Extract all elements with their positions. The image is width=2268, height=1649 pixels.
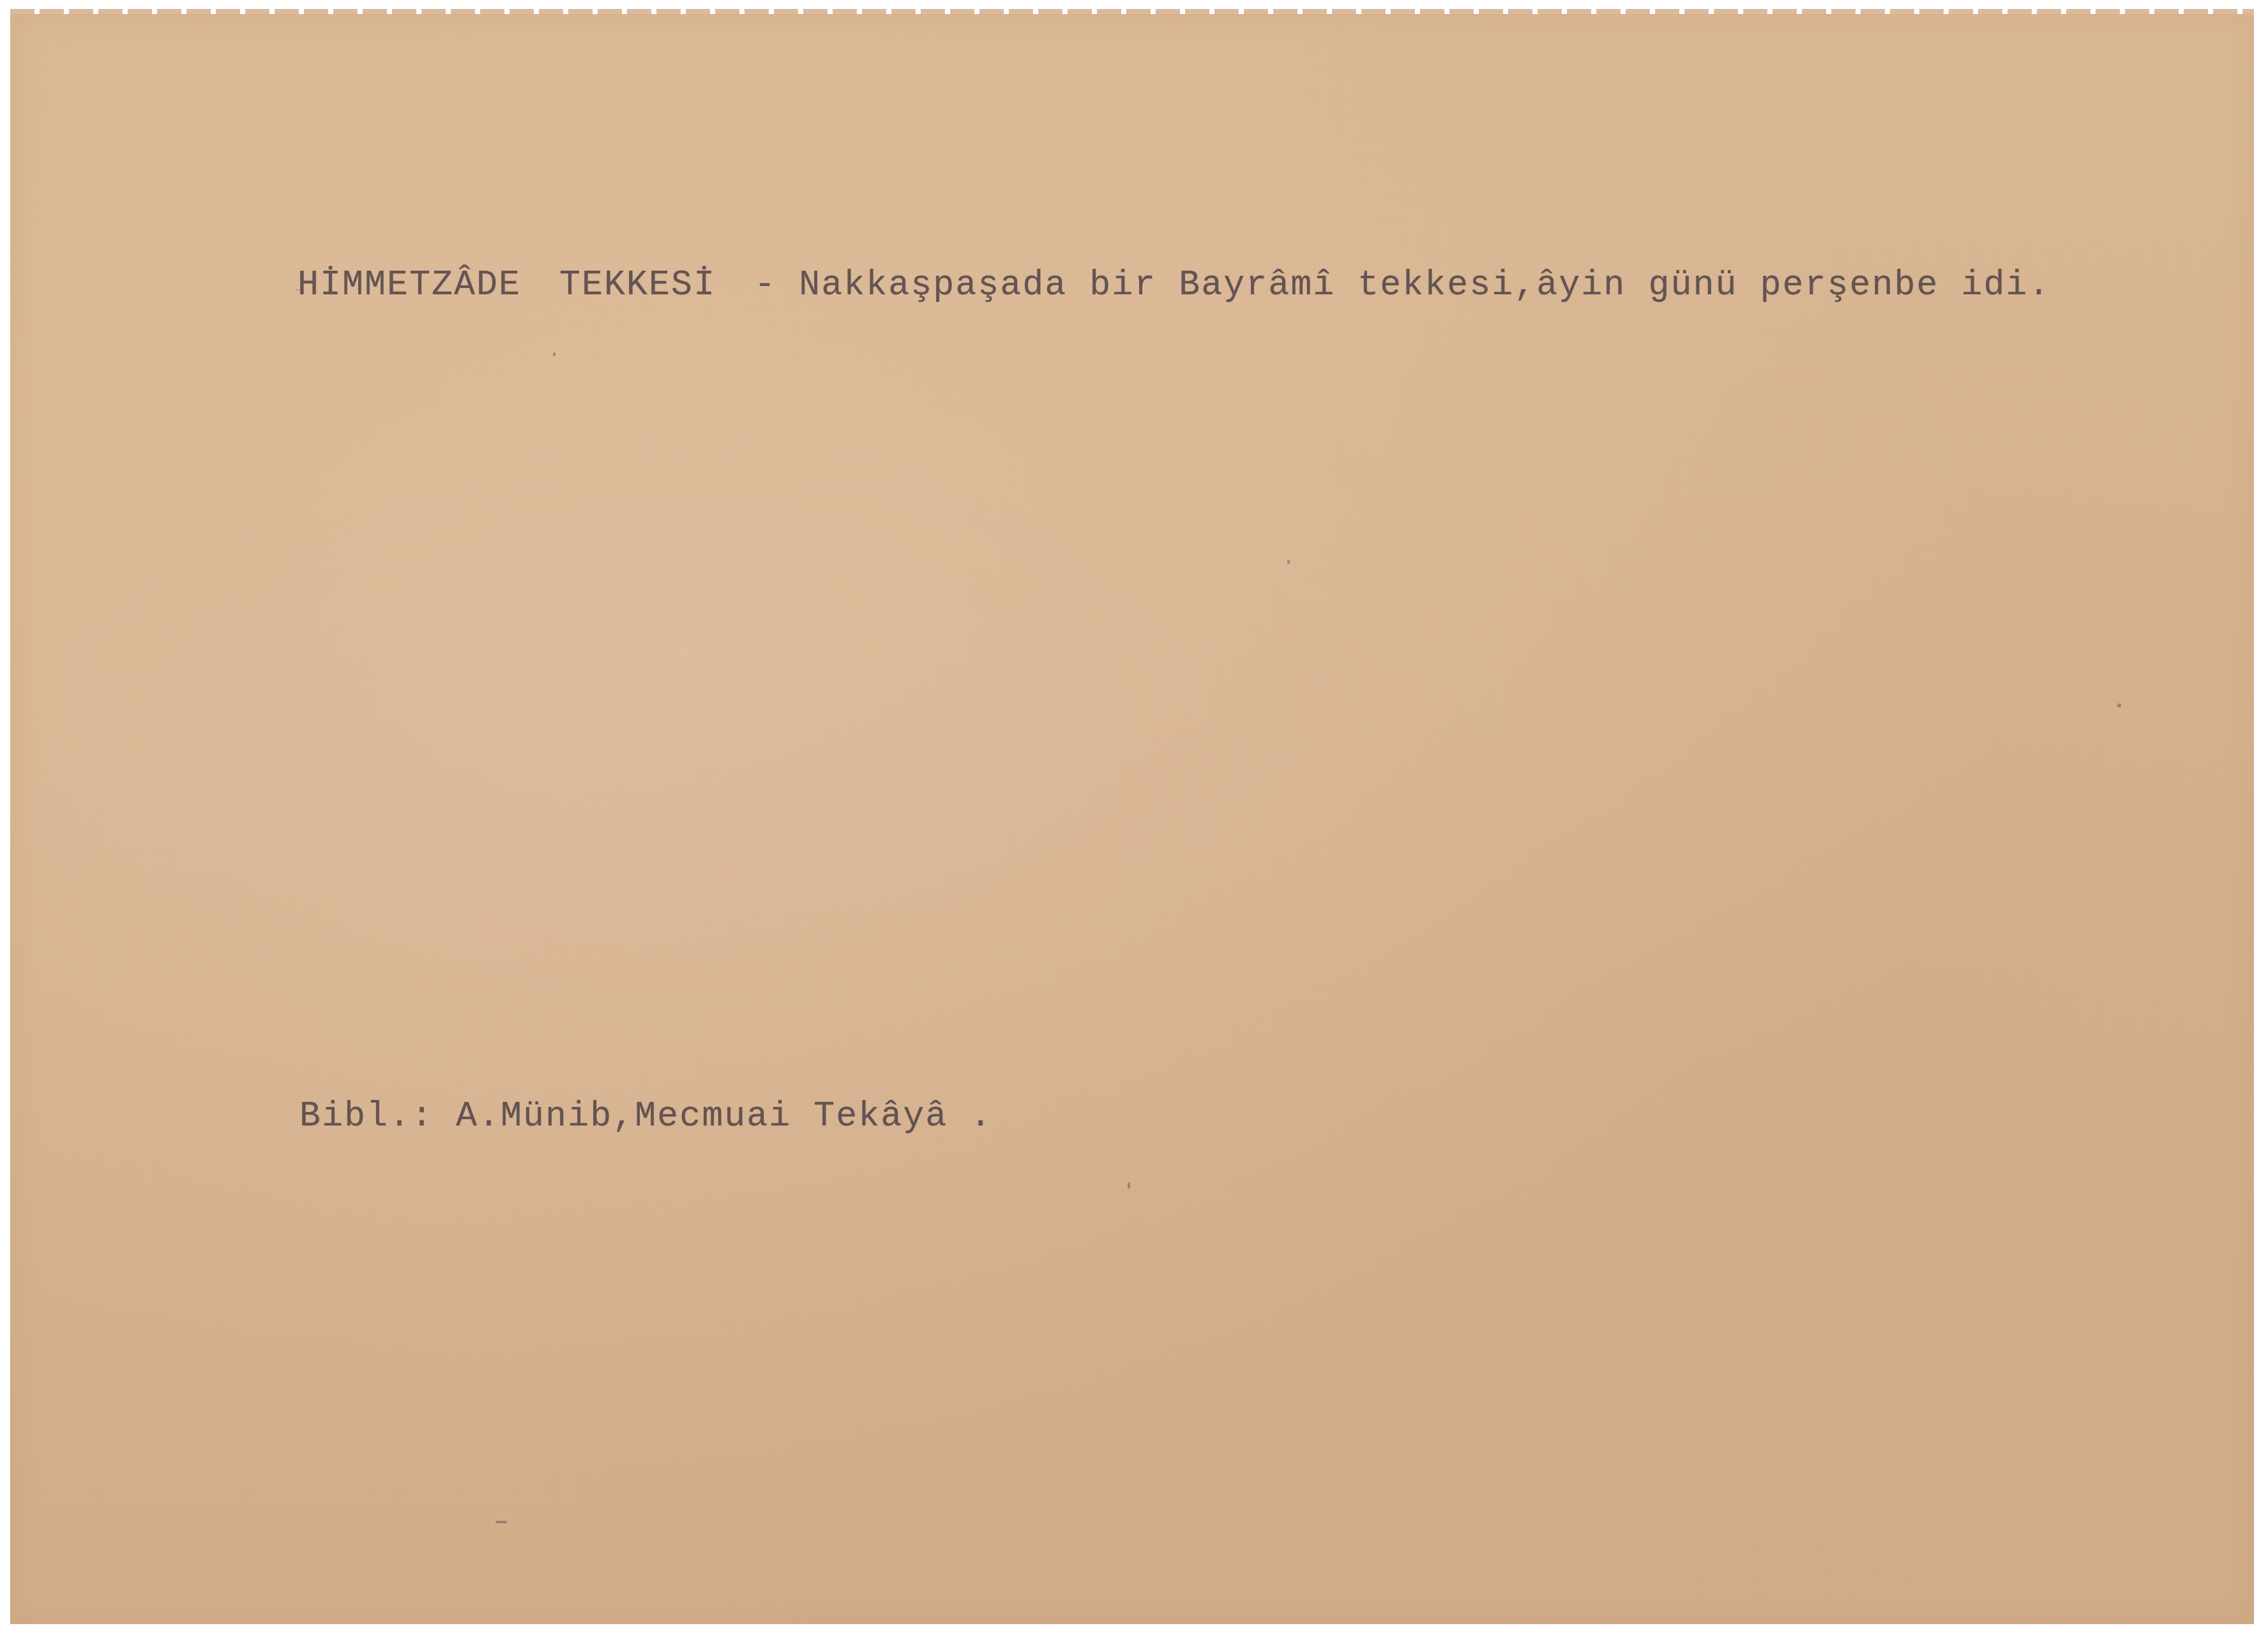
bibliography-line: Bibl.: A.Münib,Mecmuai Tekâyâ . [210, 1056, 992, 1177]
index-card: HİMMETZÂDETEKKESİ- Nakkaşpaşada bir Bayr… [10, 14, 2254, 1624]
paper-speck [553, 352, 556, 356]
entry-heading-line: HİMMETZÂDETEKKESİ- Nakkaşpaşada bir Bayr… [208, 225, 2050, 345]
paper-speck [1287, 560, 1290, 564]
bibliography-label: Bibl.: [299, 1096, 434, 1136]
entry-title-type: TEKKESİ [559, 265, 716, 305]
bibliography-reference: A.Münib,Mecmuai Tekâyâ . [456, 1096, 992, 1136]
red-annotation-mark: ¨ [295, 287, 302, 303]
entry-description: Nakkaşpaşada bir Bayrâmî tekkesi,âyin gü… [799, 265, 2050, 305]
paper-speck [495, 1521, 507, 1523]
entry-title-name: HİMMETZÂDE [298, 265, 521, 305]
entry-separator: - [754, 265, 776, 305]
paper-speck [1128, 1182, 1130, 1189]
paper-speck [2117, 704, 2121, 707]
